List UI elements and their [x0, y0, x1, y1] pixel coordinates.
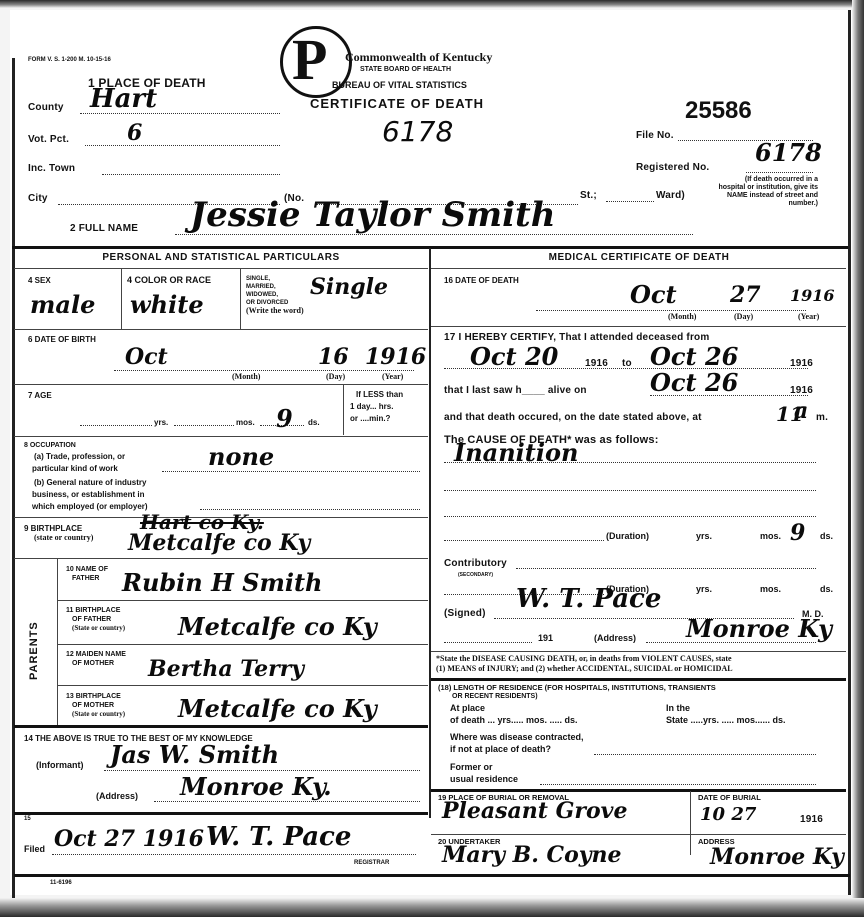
sex-value: male	[30, 290, 95, 319]
former-res-label-1: Former or	[450, 763, 493, 772]
less-than-3: or ....min.?	[350, 414, 390, 423]
burial-place-value: Pleasant Grove	[442, 798, 627, 824]
duration-yrs-label: yrs.	[696, 532, 712, 541]
occupation-b2-label: business, or establishment in	[32, 490, 144, 499]
divider	[121, 269, 122, 329]
board-title: STATE BOARD OF HEALTH	[360, 66, 451, 73]
filed-label: Filed	[24, 845, 45, 854]
father-bp-label-1: 11 BIRTHPLACE	[66, 607, 120, 614]
to-label: to	[622, 358, 632, 369]
divider	[57, 559, 58, 725]
informant-value: Jas W. Smith	[110, 740, 279, 769]
commonwealth-title: Commonwealth of Kentucky	[345, 50, 492, 65]
divider	[58, 600, 428, 601]
divider	[58, 644, 428, 645]
divider	[14, 874, 850, 877]
mother-name-label-2: OF MOTHER	[72, 660, 114, 667]
full-name-value: Jessie Taylor Smith	[190, 195, 555, 235]
less-than-1: If LESS than	[356, 390, 403, 399]
occupation-a2-label: particular kind of work	[32, 464, 118, 473]
marital-label-1: SINGLE,	[246, 276, 270, 283]
filed-number: 15	[24, 816, 31, 823]
death-time-suffix: a	[794, 398, 808, 424]
divider	[431, 789, 846, 792]
sign-year-prefix: 191	[538, 634, 553, 643]
parents-label: PARENTS	[28, 621, 40, 680]
contracted-label-2: if not at place of death?	[450, 745, 551, 754]
attended-to-year: 1916	[790, 358, 813, 369]
county-label: County	[28, 102, 64, 113]
marital-label-5: (Write the word)	[246, 306, 304, 315]
at-place-label-2: of death ... yrs..... mos. ..... ds.	[450, 716, 578, 725]
footer-code: 11-6196	[50, 880, 72, 887]
undertaker-value: Mary B. Coyne	[442, 842, 622, 868]
physician-address-label: (Address)	[594, 634, 636, 643]
former-res-label-2: usual residence	[450, 775, 518, 784]
m-label: m.	[816, 412, 828, 423]
left-border	[12, 58, 15, 898]
race-label: 4 COLOR OR RACE	[127, 276, 211, 285]
mother-bp-label-2: OF MOTHER	[72, 702, 114, 709]
vot-pct-value: 6	[127, 120, 142, 146]
divider	[240, 269, 241, 329]
informant-address-line	[154, 801, 420, 802]
informant-line	[104, 770, 420, 771]
divider	[431, 268, 846, 269]
sign-date-line	[444, 642, 532, 643]
in-state-label-2: State .....yrs. ..... mos...... ds.	[666, 716, 786, 725]
attended-from-year: 1916	[585, 358, 608, 369]
hospital-note: (If death occurred in a hospital or inst…	[718, 176, 818, 208]
divider	[14, 329, 428, 330]
age-mos-label: mos.	[236, 418, 255, 427]
mother-name-value: Bertha Terry	[148, 656, 304, 682]
st-label: St.;	[580, 190, 597, 201]
less-than-2: 1 day... hrs.	[350, 402, 393, 411]
medical-heading: MEDICAL CERTIFICATE OF DEATH	[434, 252, 844, 263]
signed-label: (Signed)	[444, 608, 486, 619]
column-divider	[429, 248, 431, 818]
informant-address-label: (Address)	[96, 792, 138, 801]
city-label: City	[28, 193, 48, 204]
contributory-label: Contributory	[444, 558, 507, 569]
registrar-label: REGISTRAR	[354, 860, 389, 867]
divider	[14, 725, 428, 728]
attended-to-value: Oct 26	[650, 342, 738, 371]
file-no-label: File No.	[636, 130, 674, 141]
scan-edge-bottom	[0, 898, 864, 917]
father-name-value: Rubin H Smith	[122, 568, 323, 597]
duration-mos-label: mos.	[760, 532, 781, 541]
attended-from-value: Oct 20	[470, 342, 558, 371]
divider	[431, 834, 846, 835]
dob-month-caption: (Month)	[232, 372, 260, 381]
age-days-value: 9	[276, 404, 293, 433]
marital-value: Single	[310, 274, 388, 300]
dod-year-caption: (Year)	[798, 312, 819, 321]
dod-month-caption: (Month)	[668, 312, 696, 321]
age-yrs-line	[80, 425, 152, 426]
duration-label: (Duration)	[606, 532, 649, 541]
father-name-label-1: 10 NAME OF	[66, 566, 108, 573]
birthplace-sublabel: (state or country)	[34, 533, 93, 542]
last-saw-year: 1916	[790, 385, 813, 396]
race-value: white	[130, 290, 204, 319]
mother-bp-label-1: 13 BIRTHPLACE	[66, 693, 121, 700]
divider	[431, 326, 846, 327]
footnote-line-2: (1) MEANS of INJURY; and (2) whether ACC…	[436, 664, 733, 674]
occupation-label: 8 OCCUPATION	[24, 442, 76, 449]
dod-line	[536, 310, 806, 311]
dod-month: Oct	[630, 280, 677, 309]
full-name-label: 2 FULL NAME	[70, 223, 138, 234]
father-bp-label-2: OF FATHER	[72, 616, 111, 623]
contracted-label-1: Where was disease contracted,	[450, 733, 584, 742]
vot-pct-label: Vot. Pct.	[28, 134, 69, 145]
death-time-label: and that death occured, on the date stat…	[444, 412, 702, 423]
ward-line	[606, 201, 654, 202]
handwritten-cert-number: 6178	[382, 115, 453, 148]
vot-pct-line	[85, 145, 280, 146]
father-bp-label-3: (State or country)	[72, 624, 125, 632]
dob-year-caption: (Year)	[382, 372, 403, 381]
age-yrs-label: yrs.	[154, 418, 168, 427]
marital-label-3: WIDOWED,	[246, 292, 278, 299]
burial-year: 1916	[800, 814, 823, 825]
dob-year: 1916	[365, 344, 426, 370]
informant-label: (Informant)	[36, 761, 84, 770]
burial-date-label: DATE OF BURIAL	[698, 794, 761, 801]
age-label: 7 AGE	[28, 391, 52, 400]
father-name-label-2: FATHER	[72, 575, 99, 582]
county-value: Hart	[90, 84, 157, 114]
scan-edge-top	[0, 0, 864, 8]
at-place-label-1: At place	[450, 704, 485, 713]
age-ds-label: ds.	[308, 418, 320, 427]
burial-date-value: 10 27	[700, 804, 756, 825]
divider	[14, 812, 428, 815]
mother-birthplace-value: Metcalfe co Ky	[178, 694, 377, 723]
bureau-title: BUREAU OF VITAL STATISTICS	[332, 81, 467, 90]
occupation-b1-label: (b) General nature of industry	[34, 478, 146, 487]
mother-name-label-1: 12 MAIDEN NAME	[66, 651, 126, 658]
dob-label: 6 DATE OF BIRTH	[28, 335, 96, 344]
divider	[431, 678, 846, 681]
former-res-line	[540, 784, 816, 785]
inc-town-line	[102, 174, 280, 175]
age-mos-line	[174, 425, 234, 426]
divider	[343, 385, 344, 435]
divider	[14, 384, 428, 385]
divider	[14, 436, 428, 437]
last-saw-label: that I last saw h____ alive on	[444, 385, 587, 396]
residence-heading: (18) LENGTH OF RESIDENCE (FOR HOSPITALS,…	[438, 684, 716, 691]
duration-ds-label: ds.	[820, 532, 833, 541]
dob-line	[114, 370, 414, 371]
cause-line-3	[444, 516, 816, 517]
contrib-yrs-label: yrs.	[696, 585, 712, 594]
occupation-value: none	[208, 442, 274, 471]
dod-day: 27	[730, 282, 761, 308]
birthplace-value: Metcalfe co Ky	[128, 530, 310, 556]
secondary-label: (SECONDARY)	[458, 572, 493, 579]
contracted-line	[594, 754, 816, 755]
in-state-label-1: In the	[666, 704, 690, 713]
duration-days-value: 9	[790, 520, 805, 546]
sex-label: 4 SEX	[28, 276, 51, 285]
marital-label-2: MARRIED,	[246, 284, 276, 291]
footnote-line-1: *State the DISEASE CAUSING DEATH, or, in…	[436, 654, 732, 664]
cause-value: Inanition	[454, 438, 578, 467]
form-number: FORM V. S. 1-200 M. 10-15-16	[28, 57, 111, 64]
right-border	[848, 10, 851, 895]
ward-label: Ward)	[656, 190, 685, 201]
file-number: 25586	[685, 97, 752, 125]
undertaker-address-value: Monroe Ky	[710, 844, 844, 870]
residence-heading-2: OR RECENT RESIDENTS)	[452, 693, 538, 700]
informant-address-value: Monroe Ky.	[180, 772, 332, 801]
dod-label: 16 DATE OF DEATH	[444, 276, 519, 285]
mother-bp-label-3: (State or country)	[72, 710, 125, 718]
contrib-mos-label: mos.	[760, 585, 781, 594]
divider	[58, 685, 428, 686]
duration-line	[444, 540, 604, 541]
inc-town-label: Inc. Town	[28, 163, 75, 174]
physician-address-value: Monroe Ky	[686, 614, 832, 643]
personal-heading: PERSONAL AND STATISTICAL PARTICULARS	[16, 252, 426, 263]
dob-day: 16	[318, 344, 349, 370]
certificate-title: CERTIFICATE OF DEATH	[310, 96, 484, 111]
occupation-a-label: (a) Trade, profession, or	[34, 452, 125, 461]
divider	[14, 558, 428, 559]
registrar-signature: W. T. Pace	[206, 822, 351, 852]
dob-month: Oct	[125, 344, 168, 370]
divider	[431, 651, 846, 652]
dod-day-caption: (Day)	[734, 312, 753, 321]
contrib-ds-label: ds.	[820, 585, 833, 594]
dob-day-caption: (Day)	[326, 372, 345, 381]
physician-signature: W. T. Pace	[516, 584, 661, 614]
registered-no-line	[746, 172, 813, 173]
dod-year: 1916	[790, 286, 835, 305]
death-certificate: FORM V. S. 1-200 M. 10-15-16 1 PLACE OF …	[10, 10, 852, 895]
registered-number: 6178	[755, 138, 822, 167]
divider	[690, 791, 691, 855]
registered-no-label: Registered No.	[636, 162, 709, 173]
scan-edge-right	[852, 0, 864, 917]
occupation-b3-label: which employed (or employer)	[32, 502, 148, 511]
father-birthplace-value: Metcalfe co Ky	[178, 612, 377, 641]
filed-date-value: Oct 27 1916	[54, 826, 204, 852]
filed-line	[52, 854, 416, 855]
cause-line-2	[444, 490, 816, 491]
contributory-line	[516, 568, 816, 569]
divider	[14, 268, 428, 269]
birthplace-label: 9 BIRTHPLACE	[24, 524, 82, 533]
occupation-line	[162, 471, 420, 472]
last-saw-value: Oct 26	[650, 368, 738, 397]
